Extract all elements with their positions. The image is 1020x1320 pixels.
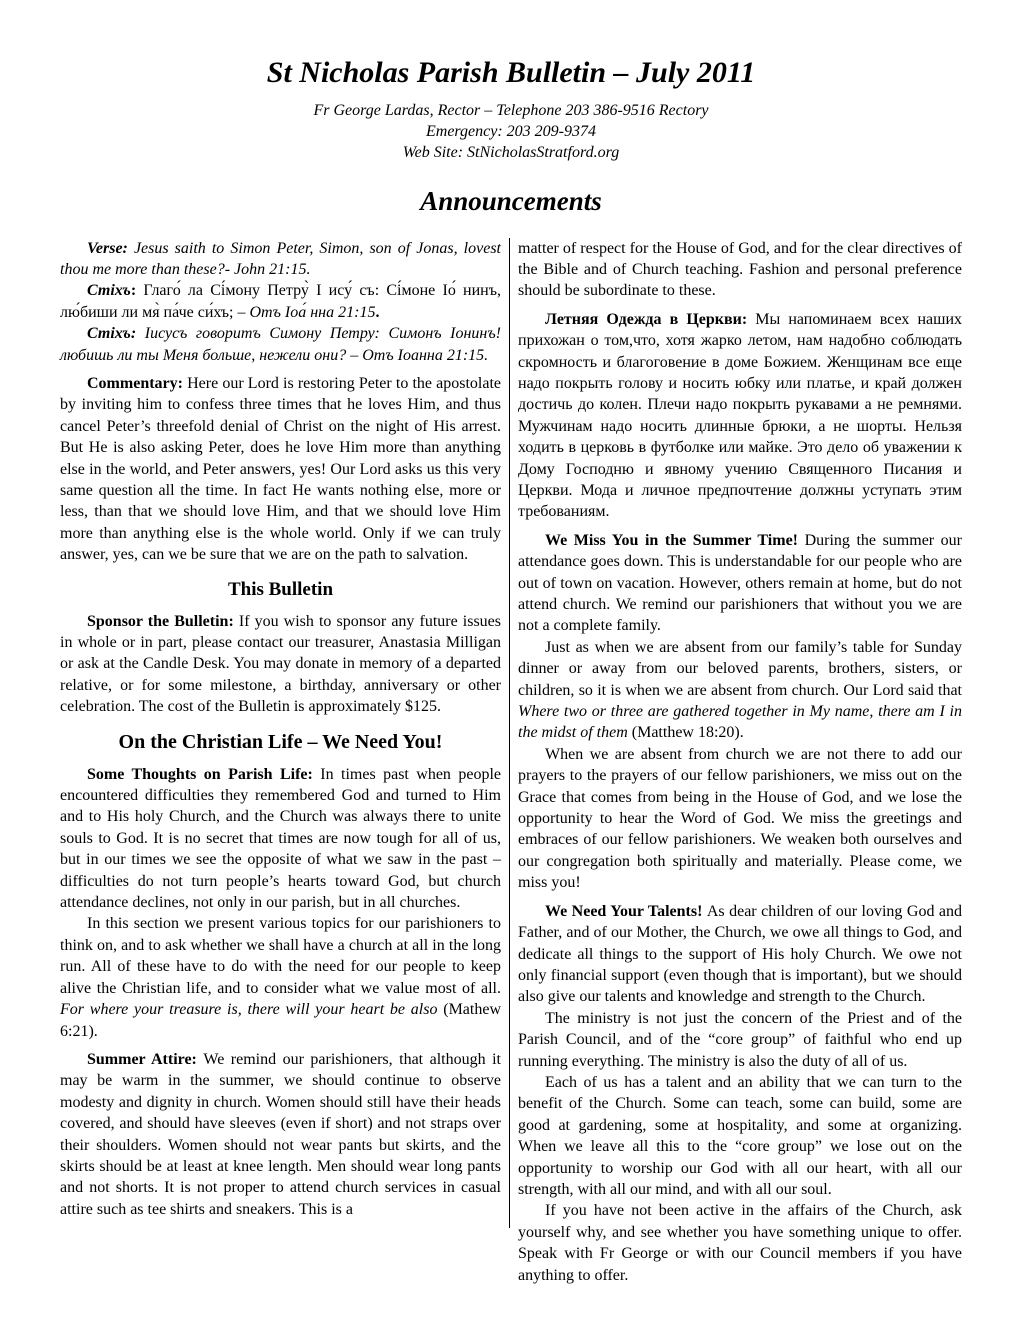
paragraph: Летняя Одежда в Церкви: Мы напоминаем вс… — [518, 309, 962, 523]
text-run: We Miss You in the Summer Time! — [545, 532, 805, 549]
paragraph: We Need Your Talents! As dear children o… — [518, 901, 962, 1008]
text-run: Стіхъ: — [87, 325, 145, 342]
paragraph: If you have not been active in the affai… — [518, 1200, 962, 1286]
text-run: When we are absent from church we are no… — [518, 746, 962, 891]
paragraph: The ministry is not just the concern of … — [518, 1008, 962, 1072]
emergency-phone-line: Emergency: 203 209-9374 — [60, 121, 962, 142]
section-heading: This Bulletin — [60, 579, 501, 601]
right-column: matter of respect for the House of God, … — [518, 238, 962, 1287]
text-run: Стіхъ — [87, 282, 131, 299]
page-title: St Nicholas Parish Bulletin – July 2011 — [60, 56, 962, 91]
text-run: Мы напоминаем всех наших прихожан о том,… — [518, 311, 962, 521]
text-run: The ministry is not just the concern of … — [518, 1010, 962, 1070]
paragraph: In this section we present various topic… — [60, 913, 501, 1041]
column-divider — [509, 238, 510, 1228]
bulletin-page: St Nicholas Parish Bulletin – July 2011 … — [0, 0, 1020, 1320]
paragraph: We Miss You in the Summer Time! During t… — [518, 530, 962, 637]
two-column-body: Verse: Jesus saith to Simon Peter, Simon… — [60, 238, 962, 1287]
text-run: We remind our parishioners, that althoug… — [60, 1051, 501, 1218]
text-run: Sponsor the Bulletin: — [87, 613, 239, 630]
text-run: Just as when we are absent from our fami… — [518, 639, 962, 699]
text-run: Летняя Одежда в Церкви: — [545, 311, 755, 328]
text-run: If you have not been active in the affai… — [518, 1202, 962, 1283]
paragraph: Commentary: Here our Lord is restoring P… — [60, 373, 501, 566]
paragraph: Verse: Jesus saith to Simon Peter, Simon… — [60, 238, 501, 281]
paragraph: Some Thoughts on Parish Life: In times p… — [60, 764, 501, 914]
text-run: . — [375, 304, 379, 321]
rector-contact-line: Fr George Lardas, Rector – Telephone 203… — [60, 100, 962, 121]
text-run: Commentary: — [87, 375, 187, 392]
text-run: Verse: — [87, 240, 134, 257]
paragraph: When we are absent from church we are no… — [518, 744, 962, 894]
section-heading: On the Christian Life – We Need You! — [60, 731, 501, 754]
text-run: We Need Your Talents! — [545, 903, 707, 920]
announcements-heading: Announcements — [60, 186, 962, 217]
paragraph: Стіхъ: Глаго́ ла Сі́мону Петру̀ І ису́ с… — [60, 280, 501, 323]
paragraph: Summer Attire: We remind our parishioner… — [60, 1049, 501, 1220]
text-run: For where your treasure is, there will y… — [60, 1001, 437, 1018]
text-run: Отъ Іоа́ нна 21:15 — [250, 304, 376, 321]
paragraph: Each of us has a talent and an ability t… — [518, 1072, 962, 1200]
paragraph: Sponsor the Bulletin: If you wish to spo… — [60, 611, 501, 718]
text-run: matter of respect for the House of God, … — [518, 240, 962, 300]
website-line: Web Site: StNicholasStratford.org — [60, 142, 962, 163]
paragraph: Just as when we are absent from our fami… — [518, 637, 962, 744]
text-run: In times past when people encountered di… — [60, 766, 501, 911]
text-run: (Matthew 18:20). — [628, 724, 744, 741]
text-run: : — [131, 282, 144, 299]
paragraph: matter of respect for the House of God, … — [518, 238, 962, 302]
text-run: Summer Attire: — [87, 1051, 203, 1068]
text-run: Some Thoughts on Parish Life: — [87, 766, 320, 783]
text-run: Here our Lord is restoring Peter to the … — [60, 375, 501, 563]
paragraph: Стіхъ: Іисусъ говоритъ Симону Петру: Сим… — [60, 323, 501, 366]
left-column: Verse: Jesus saith to Simon Peter, Simon… — [60, 238, 501, 1287]
document-header: St Nicholas Parish Bulletin – July 2011 … — [60, 56, 962, 217]
text-run: Each of us has a talent and an ability t… — [518, 1074, 962, 1198]
text-run: In this section we present various topic… — [60, 915, 501, 996]
